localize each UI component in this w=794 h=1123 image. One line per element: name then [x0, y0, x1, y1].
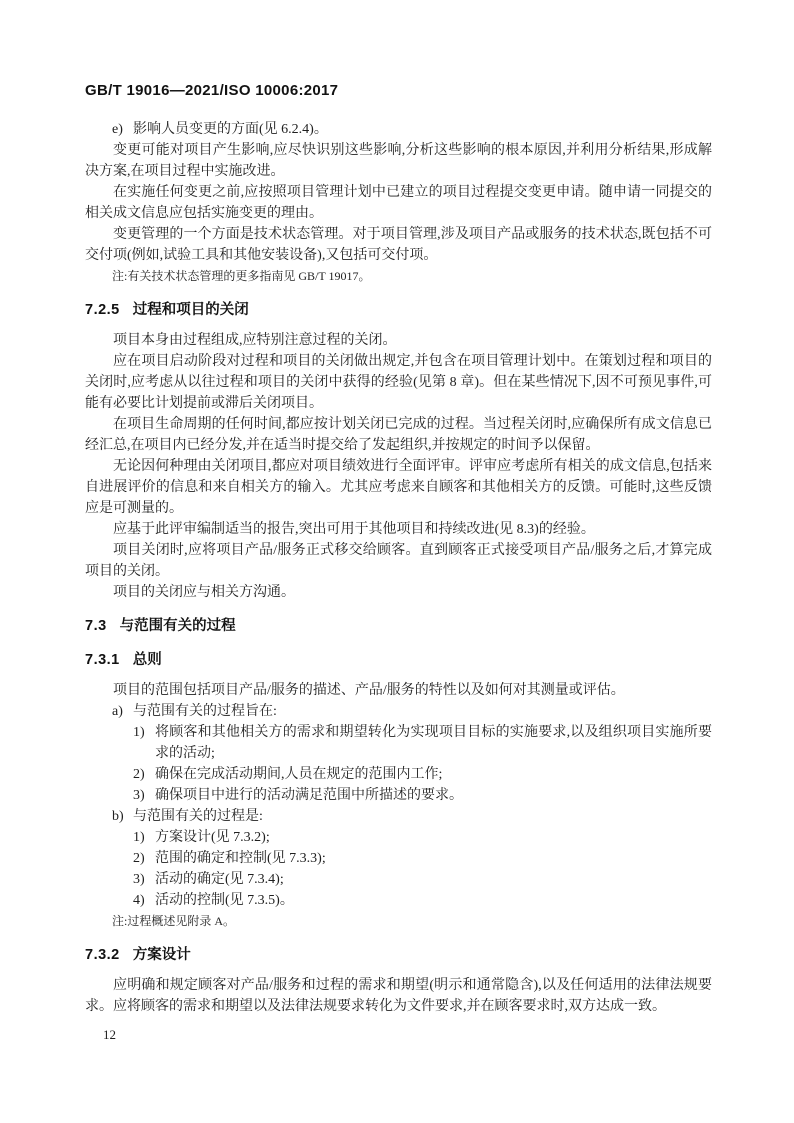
- list-marker-a-3: 3): [133, 785, 155, 806]
- list-item-b-4: 4) 活动的控制(见 7.3.5)。: [85, 890, 712, 911]
- section-title-7-3: 与范围有关的过程: [120, 618, 236, 634]
- list-item-b-4-text: 活动的控制(见 7.3.5)。: [155, 890, 712, 911]
- list-item-b-1-text: 方案设计(见 7.3.2);: [155, 827, 712, 848]
- page-number: 12: [103, 1027, 116, 1042]
- paragraph-review-report: 应基于此评审编制适当的报告,突出可用于其他项目和持续改进(见 8.3)的经验。: [85, 519, 712, 540]
- list-item-a-3: 3) 确保项目中进行的活动满足范围中所描述的要求。: [85, 785, 712, 806]
- list-item-b-2-text: 范围的确定和控制(见 7.3.3);: [155, 848, 712, 869]
- paragraph-scope-general: 项目的范围包括项目产品/服务的描述、产品/服务的特性以及如何对其测量或评估。: [85, 680, 712, 701]
- list-item-b-3: 3) 活动的确定(见 7.3.4);: [85, 869, 712, 890]
- list-item-a-2: 2) 确保在完成活动期间,人员在规定的范围内工作;: [85, 764, 712, 785]
- list-item-b-1: 1) 方案设计(见 7.3.2);: [85, 827, 712, 848]
- list-item-b-3-text: 活动的确定(见 7.3.4);: [155, 869, 712, 890]
- paragraph-lifecycle-closure: 在项目生命周期的任何时间,都应按计划关闭已完成的过程。当过程关闭时,应确保所有成…: [85, 414, 712, 456]
- section-heading-7-2-5: 7.2.5过程和项目的关闭: [85, 300, 712, 321]
- paragraph-project-processes: 项目本身由过程组成,应特别注意过程的关闭。: [85, 330, 712, 351]
- section-heading-7-3-1: 7.3.1总则: [85, 650, 712, 671]
- document-page: GB/T 19016—2021/ISO 10006:2017 e) 影响人员变更…: [0, 0, 794, 1123]
- list-marker-b-3: 3): [133, 869, 155, 890]
- list-item-a-2-text: 确保在完成活动期间,人员在规定的范围内工作;: [155, 764, 712, 785]
- paragraph-proposal-design: 应明确和规定顾客对产品/服务和过程的需求和期望(明示和通常隐含),以及任何适用的…: [85, 975, 712, 1017]
- list-marker-a: a): [112, 701, 133, 722]
- list-marker-b-1: 1): [133, 827, 155, 848]
- paragraph-change-impact: 变更可能对项目产生影响,应尽快识别这些影响,分析这些影响的根本原因,并利用分析结…: [85, 140, 712, 182]
- list-marker-a-2: 2): [133, 764, 155, 785]
- document-body: e) 影响人员变更的方面(见 6.2.4)。 变更可能对项目产生影响,应尽快识别…: [85, 119, 712, 1045]
- list-marker-b: b): [112, 806, 133, 827]
- list-item-a-lead: 与范围有关的过程旨在:: [133, 701, 712, 722]
- list-item-b-2: 2) 范围的确定和控制(见 7.3.3);: [85, 848, 712, 869]
- doc-code: GB/T 19016—2021/ISO 10006:2017: [85, 82, 338, 99]
- list-marker-e: e): [112, 119, 133, 140]
- paragraph-config-status: 变更管理的一个方面是技术状态管理。对于项目管理,涉及项目产品或服务的技术状态,既…: [85, 224, 712, 266]
- list-item-a-3-text: 确保项目中进行的活动满足范围中所描述的要求。: [155, 785, 712, 806]
- section-heading-7-3-2: 7.3.2方案设计: [85, 945, 712, 966]
- list-item-a-1-text: 将顾客和其他相关方的需求和期望转化为实现项目目标的实施要求,以及组织项目实施所要…: [155, 722, 712, 764]
- section-heading-7-3: 7.3与范围有关的过程: [85, 616, 712, 637]
- list-item-e-text: 影响人员变更的方面(见 6.2.4)。: [133, 119, 712, 140]
- page-header: GB/T 19016—2021/ISO 10006:2017: [85, 82, 712, 99]
- paragraph-closure-review: 无论因何种理由关闭项目,都应对项目绩效进行全面评审。评审应考虑所有相关的成文信息…: [85, 456, 712, 519]
- paragraph-change-request: 在实施任何变更之前,应按照项目管理计划中已建立的项目过程提交变更申请。随申请一同…: [85, 182, 712, 224]
- note-process-overview: 注:过程概述见附录 A。: [85, 911, 712, 932]
- section-title-7-2-5: 过程和项目的关闭: [133, 302, 249, 318]
- page-footer: 12: [85, 1024, 712, 1045]
- list-item-e: e) 影响人员变更的方面(见 6.2.4)。: [85, 119, 712, 140]
- list-item-a: a) 与范围有关的过程旨在:: [85, 701, 712, 722]
- section-number-7-3: 7.3: [85, 618, 107, 634]
- paragraph-communicate: 项目的关闭应与相关方沟通。: [85, 582, 712, 603]
- section-title-7-3-2: 方案设计: [133, 947, 191, 963]
- paragraph-closure-planning: 应在项目启动阶段对过程和项目的关闭做出规定,并包含在项目管理计划中。在策划过程和…: [85, 351, 712, 414]
- list-item-a-1: 1) 将顾客和其他相关方的需求和期望转化为实现项目目标的实施要求,以及组织项目实…: [85, 722, 712, 764]
- list-item-b: b) 与范围有关的过程是:: [85, 806, 712, 827]
- list-marker-b-2: 2): [133, 848, 155, 869]
- list-marker-a-1: 1): [133, 722, 155, 764]
- paragraph-handover: 项目关闭时,应将项目产品/服务正式移交给顾客。直到顾客正式接受项目产品/服务之后…: [85, 540, 712, 582]
- section-number-7-3-2: 7.3.2: [85, 947, 120, 963]
- section-number-7-3-1: 7.3.1: [85, 652, 120, 668]
- list-item-b-lead: 与范围有关的过程是:: [133, 806, 712, 827]
- note-config-management: 注:有关技术状态管理的更多指南见 GB/T 19017。: [85, 266, 712, 287]
- section-number-7-2-5: 7.2.5: [85, 302, 120, 318]
- section-title-7-3-1: 总则: [133, 652, 162, 668]
- list-marker-b-4: 4): [133, 890, 155, 911]
